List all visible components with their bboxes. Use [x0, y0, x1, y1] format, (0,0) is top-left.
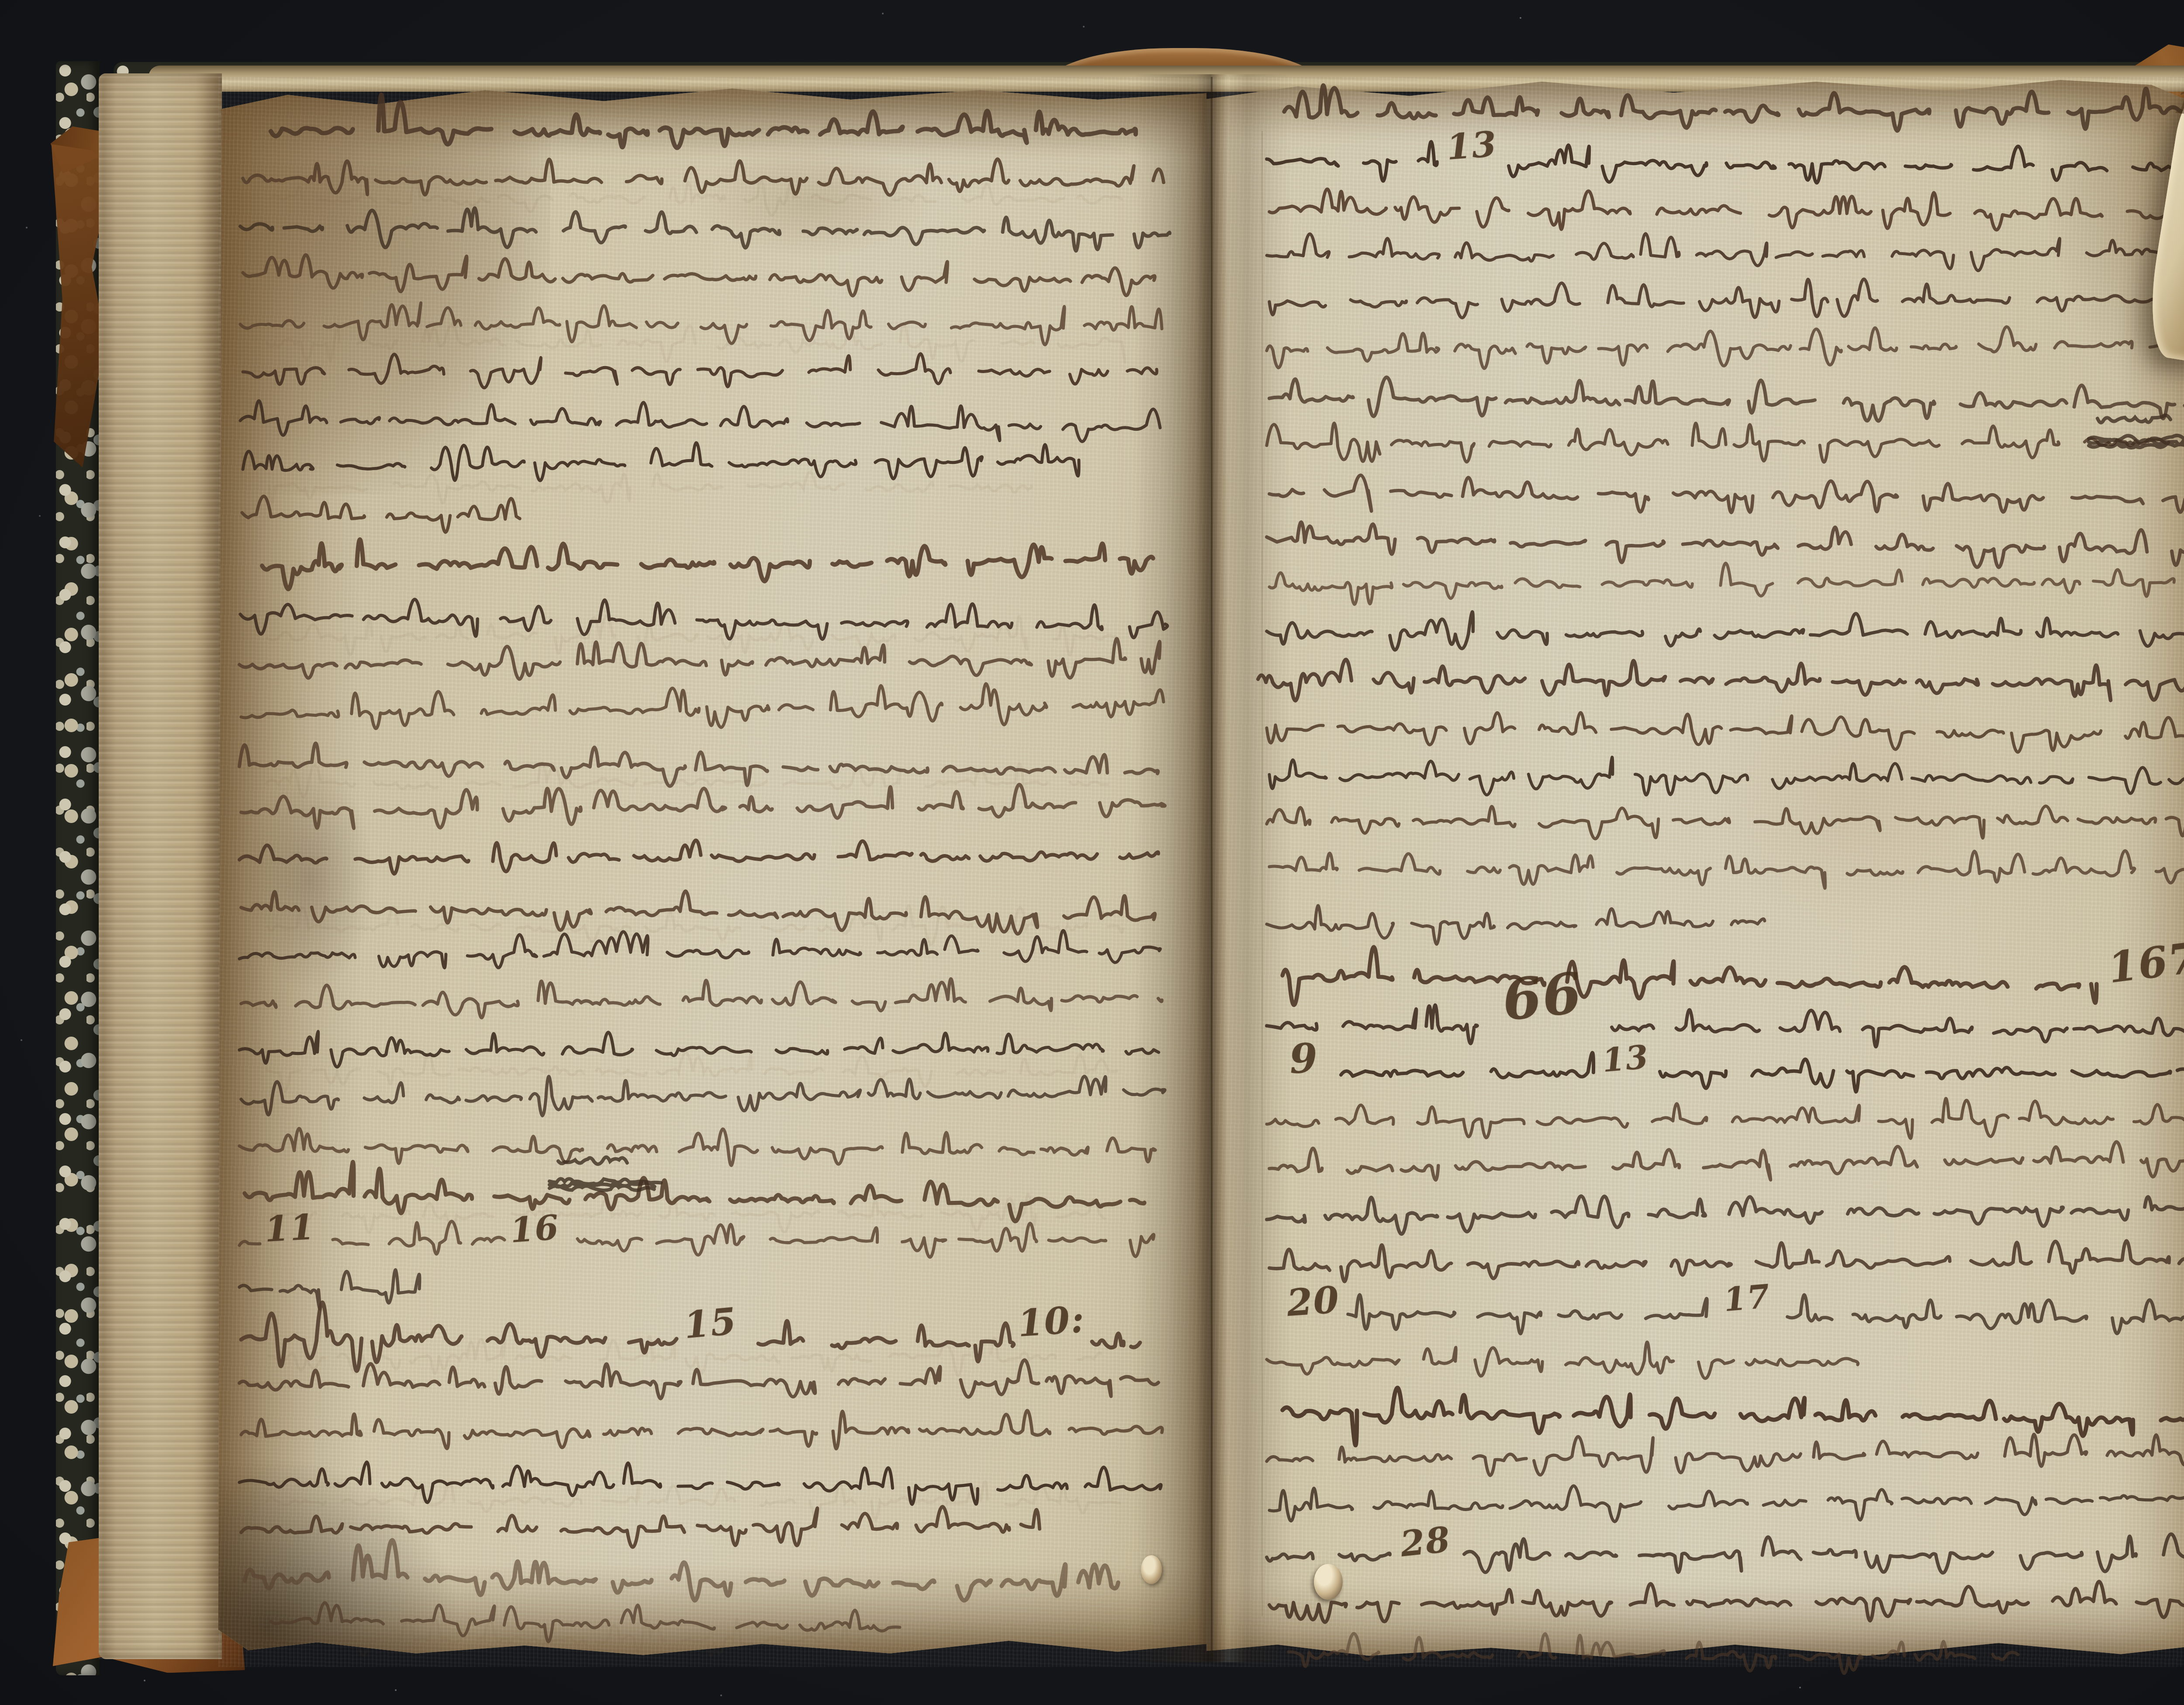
- handwriting-line: [1267, 1432, 2184, 1477]
- handwriting-line: [1258, 659, 2184, 702]
- handwriting-line: [240, 206, 1170, 253]
- handwriting-left-page: [239, 94, 1170, 1646]
- handwriting-line: [245, 1161, 1145, 1222]
- handwriting-line: [1269, 376, 2184, 424]
- handwriting-line: [1267, 141, 2184, 187]
- handwriting-line: [1267, 420, 2184, 464]
- handwriting-line: [241, 1302, 1140, 1377]
- strikethrough-correction: [2089, 415, 2184, 448]
- handwriting-line: [1348, 1292, 2184, 1338]
- handwriting-line: [239, 1030, 1159, 1067]
- handwriting-line: [239, 838, 1158, 875]
- handwriting-line: [239, 1268, 420, 1310]
- handwriting-line: [1267, 1098, 2184, 1140]
- handwriting-line: [271, 94, 1136, 148]
- handwriting-line: [1267, 231, 2184, 273]
- handwriting-line: [1267, 1189, 2184, 1236]
- handwriting-ink-layer: [0, 0, 2184, 1705]
- handwriting-line: [239, 1218, 1154, 1261]
- handwriting-line: [241, 1410, 1162, 1451]
- handwriting-line: [240, 595, 1168, 644]
- handwriting-line: [1284, 80, 2184, 134]
- handwriting-line: [1282, 1387, 2184, 1453]
- handwriting-line: [241, 978, 1162, 1020]
- handwriting-line: [1267, 612, 2184, 650]
- handwriting-line: [241, 1071, 1165, 1118]
- bleedthrough-line: [266, 762, 1109, 797]
- handwriting-right-page: [1258, 80, 2184, 1674]
- handwriting-line: [245, 1539, 1119, 1604]
- handwriting-line: [1267, 326, 2184, 370]
- handwriting-line: [262, 532, 1153, 589]
- bleedthrough-line: [266, 1052, 1118, 1091]
- handwriting-line: [239, 1127, 1155, 1167]
- handwriting-line: [1267, 1534, 2184, 1574]
- handwriting-line: [239, 638, 1160, 683]
- handwriting-line: [1269, 755, 2184, 799]
- handwriting-line: [1267, 805, 2184, 840]
- handwriting-line: [1267, 1004, 2184, 1049]
- handwriting-line: [1267, 903, 1765, 945]
- handwriting-line: [1267, 710, 2184, 754]
- handwriting-line: [241, 783, 1165, 829]
- handwriting-line: [1269, 1239, 2184, 1282]
- archival-scan-background: 1316706691320172811161510: 10: [0, 0, 2184, 1705]
- handwriting-line: [1282, 946, 2097, 1014]
- bleedthrough-line: [269, 472, 1032, 503]
- handwriting-line: [240, 302, 1162, 346]
- handwriting-line: [1269, 1581, 2184, 1624]
- handwriting-line: [243, 157, 1164, 197]
- handwriting-line: [240, 399, 1161, 443]
- handwriting-line: [1269, 849, 2184, 889]
- handwriting-line: [1267, 1342, 1858, 1379]
- handwriting-line: [1269, 188, 2184, 234]
- handwriting-line: [1269, 560, 2184, 605]
- handwriting-line: [241, 681, 1164, 733]
- handwriting-line: [1341, 1052, 2184, 1092]
- handwriting-line: [1269, 277, 2184, 319]
- strikethrough-correction: [549, 1157, 661, 1190]
- handwriting-line: [1269, 1479, 2184, 1526]
- handwriting-line: [241, 1506, 1040, 1548]
- handwriting-line: [242, 495, 520, 533]
- handwriting-line: [239, 928, 1161, 969]
- handwriting-line: [1269, 474, 2184, 518]
- handwriting-line: [243, 254, 1155, 297]
- handwriting-line: [1289, 1633, 2018, 1674]
- handwriting-line: [243, 353, 1157, 388]
- handwriting-line: [1269, 1138, 2184, 1186]
